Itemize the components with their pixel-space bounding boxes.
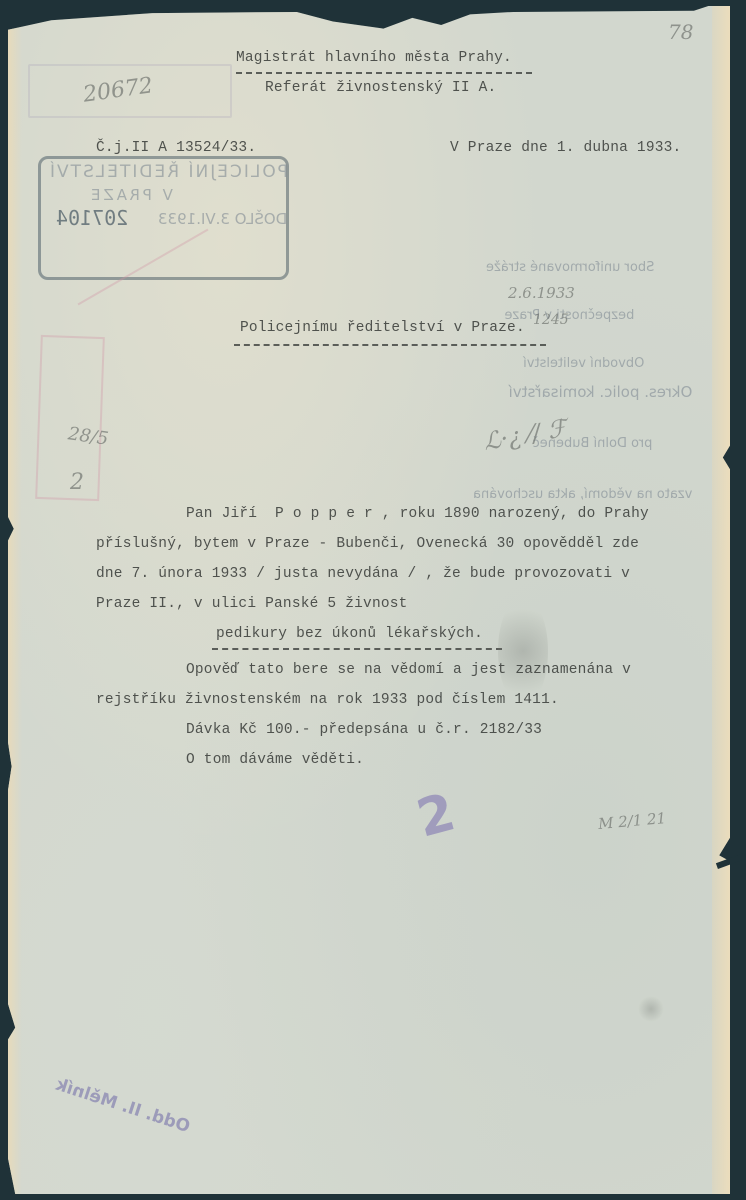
police-stamp-line-2: V PRAZE <box>88 186 173 204</box>
guard-stamp-line-1: Sbor uniformované stráže <box>486 260 654 276</box>
closing-line-3: Dávka Kč 100.- předepsána u č.r. 2182/33 <box>186 722 542 738</box>
police-stamp-line-3: DOŠLO 3.VI.1933 <box>158 210 287 228</box>
closing-line-4: O tom dáváme věděti. <box>186 752 364 768</box>
police-stamp-line-1: POLICEJNÍ ŘEDITELSTVÍ <box>48 162 288 182</box>
closing-line-1: Opověď tato bere se na vědomí a jest zaz… <box>186 662 631 678</box>
body-line-4: Praze II., v ulici Panské 5 živnost <box>96 596 408 612</box>
bottom-department-stamp: Odd. II. Mělník <box>53 1075 192 1137</box>
addressee-underline <box>234 344 546 346</box>
heading-underline <box>236 72 532 74</box>
stain-spot <box>638 996 664 1022</box>
body-line-2: příslušný, bytem v Praze - Bubenči, Oven… <box>96 536 639 552</box>
police-stamp-number: 207104 <box>56 206 128 230</box>
body-line-3: dne 7. února 1933 / justa nevydána / , ž… <box>96 566 630 582</box>
violet-mark: 2 <box>411 782 461 849</box>
trade-underline <box>212 648 502 650</box>
pencil-note-right: M 2/1 21 <box>597 809 666 833</box>
reference-number: Č.j.II A 13524/33. <box>96 140 256 156</box>
paper-tear <box>716 853 746 869</box>
paper-edge-left <box>8 6 22 1194</box>
addressee: Policejnímu ředitelství v Praze. <box>240 320 525 336</box>
paper-edge-right <box>712 6 730 1194</box>
page-number-handwritten: 78 <box>668 20 693 44</box>
closing-line-2: rejstříku živnostenském na rok 1933 pod … <box>96 692 559 708</box>
district-stamp-line-3: vzato na vědomí, akta uschována <box>473 486 692 503</box>
ink-smudge <box>498 596 548 706</box>
guard-stamp-date-handwritten: 2.6.1933 <box>508 284 575 302</box>
guard-stamp-ref-handwritten: 1245 <box>533 312 569 328</box>
trade-description: pedikury bez úkonů lékařských. <box>216 626 483 642</box>
document-sheet: 78 20672 Magistrát hlavního města Prahy.… <box>8 6 730 1194</box>
district-stamp-line-1: Okres. polic. komisařství <box>473 384 692 401</box>
authority-heading: Magistrát hlavního města Prahy. <box>236 50 512 66</box>
body-line-1: Pan Jiří P o p p e r , roku 1890 narozen… <box>186 506 649 522</box>
department-heading: Referát živnostenský II A. <box>265 80 496 96</box>
margin-note2-handwritten: 2 <box>70 470 84 495</box>
place-date: V Praze dne 1. dubna 1933. <box>450 140 681 156</box>
